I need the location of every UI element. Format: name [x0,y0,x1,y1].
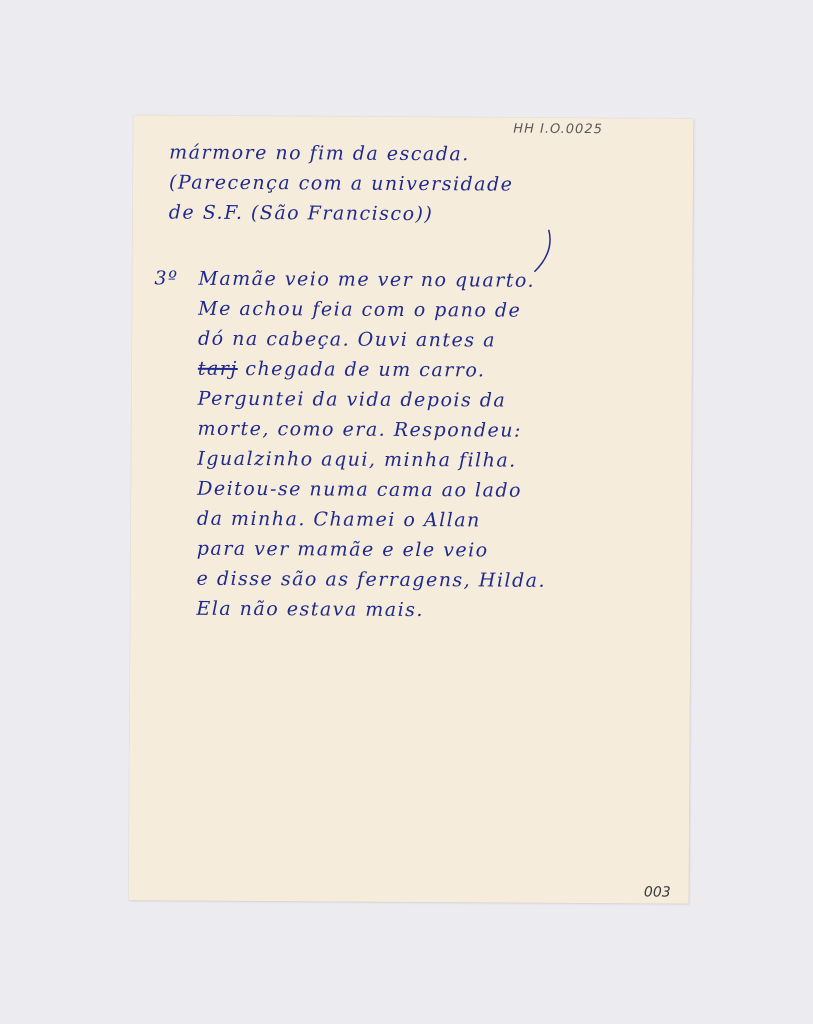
text-line: e disse são as ferragens, Hilda. [166,564,546,596]
text-line: Mamãe veio me ver no quarto. [168,264,548,296]
text-line: para ver mamãe e ele veio [167,534,547,566]
text-line: Ela não estava mais. [166,594,546,626]
text-line: de S.F. (São Francisco)) [169,198,514,230]
text-line: dó na cabeça. Ouvi antes a [168,324,548,356]
struck-word: tarj [198,358,238,380]
text-line: chegada de um carro. [245,358,485,381]
text-line-with-strike: tarj chegada de um carro. [168,354,548,386]
archive-id: HH I.O.0025 [513,122,603,138]
text-block-1: mármore no fim da escada. (Parecença com… [169,138,514,230]
text-line: morte, como era. Respondeu: [167,414,547,446]
text-line: da minha. Chamei o Allan [167,504,547,536]
text-line: Deitou-se numa cama ao lado [167,474,547,506]
item-marker: 3º [154,263,178,293]
text-line: mármore no fim da escada. [169,138,514,170]
text-line: Me achou feia com o pano de [168,294,548,326]
text-line: Perguntei da vida depois da [168,384,548,416]
text-line: (Parecença com a universidade [169,168,514,200]
page-number: 003 [644,884,671,900]
manuscript-page: HH I.O.0025 mármore no fim da escada. (P… [129,115,694,903]
text-block-2: 3º Mamãe veio me ver no quarto. Me achou… [166,264,548,626]
text-line: Igualzinho aqui, minha filha. [167,444,547,476]
